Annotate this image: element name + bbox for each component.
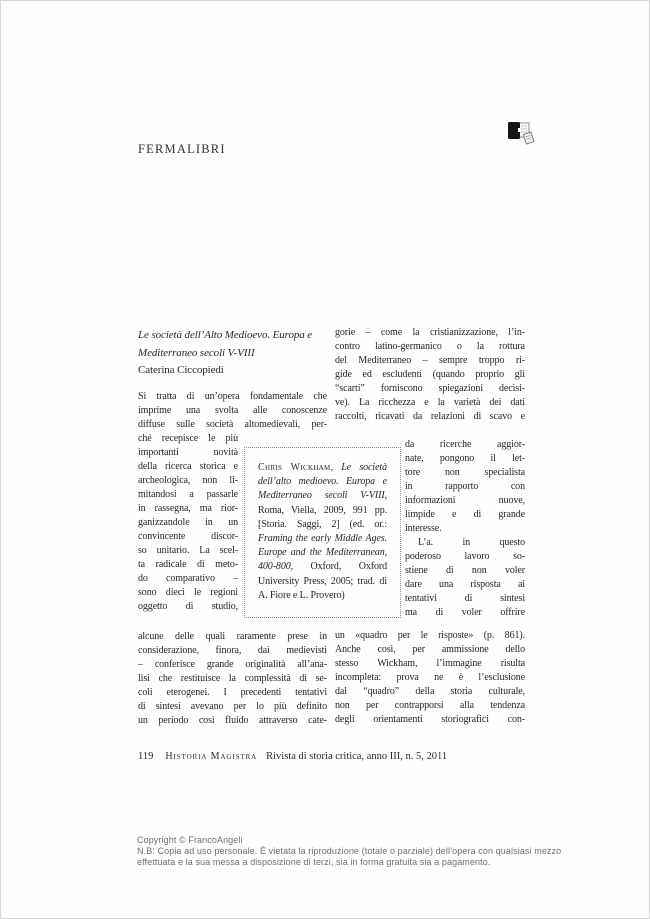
footer-journal-name: Historia Magistra [165, 751, 257, 762]
column2-bottom-paragraph: un «quadro per le risposte» (p. 861).Anc… [335, 629, 525, 727]
review-title: Le società dell’Alto Medioevo. Europa eM… [138, 327, 327, 362]
column1-narrow-paragraph: ché recepisce le piùimportanti novitàdel… [138, 432, 238, 614]
section-header: FERMALIBRI [138, 142, 226, 157]
review-author: Caterina Ciccopiedi [138, 362, 327, 380]
column2-narrow-paragraph-1: da ricerche aggior-nate, pongono il let-… [405, 438, 525, 536]
book-pages-icon [507, 120, 537, 146]
footer-journal-subtitle: Rivista di storia critica, anno III, n. … [266, 751, 447, 762]
review-heading: Le società dell’Alto Medioevo. Europa eM… [138, 327, 327, 380]
column1-top-paragraph: Si tratta di un’opera fondamentale cheim… [138, 390, 327, 432]
column2-top-paragraph: gorie – come la cristianizzazione, l’in-… [335, 326, 525, 424]
footer-page-number: 119 [138, 751, 153, 762]
citation-box: Chris Wickham, Le società dell’alto medi… [244, 447, 401, 618]
citation-separator: , [331, 462, 342, 473]
page-footer: 119Historia MagistraRivista di storia cr… [138, 751, 447, 762]
journal-page: FERMALIBRI Le società dell’Alto Medioevo… [0, 0, 650, 919]
copyright-notice: Copyright © FrancoAngeliN.B: Copia ad us… [137, 835, 567, 868]
column1-bottom-paragraph: alcune delle quali raramente prese incon… [138, 630, 327, 728]
citation-author: Chris Wickham [258, 462, 331, 473]
column2-narrow-paragraph-2: L’a. in questopoderoso lavoro so-stiene … [405, 536, 525, 620]
